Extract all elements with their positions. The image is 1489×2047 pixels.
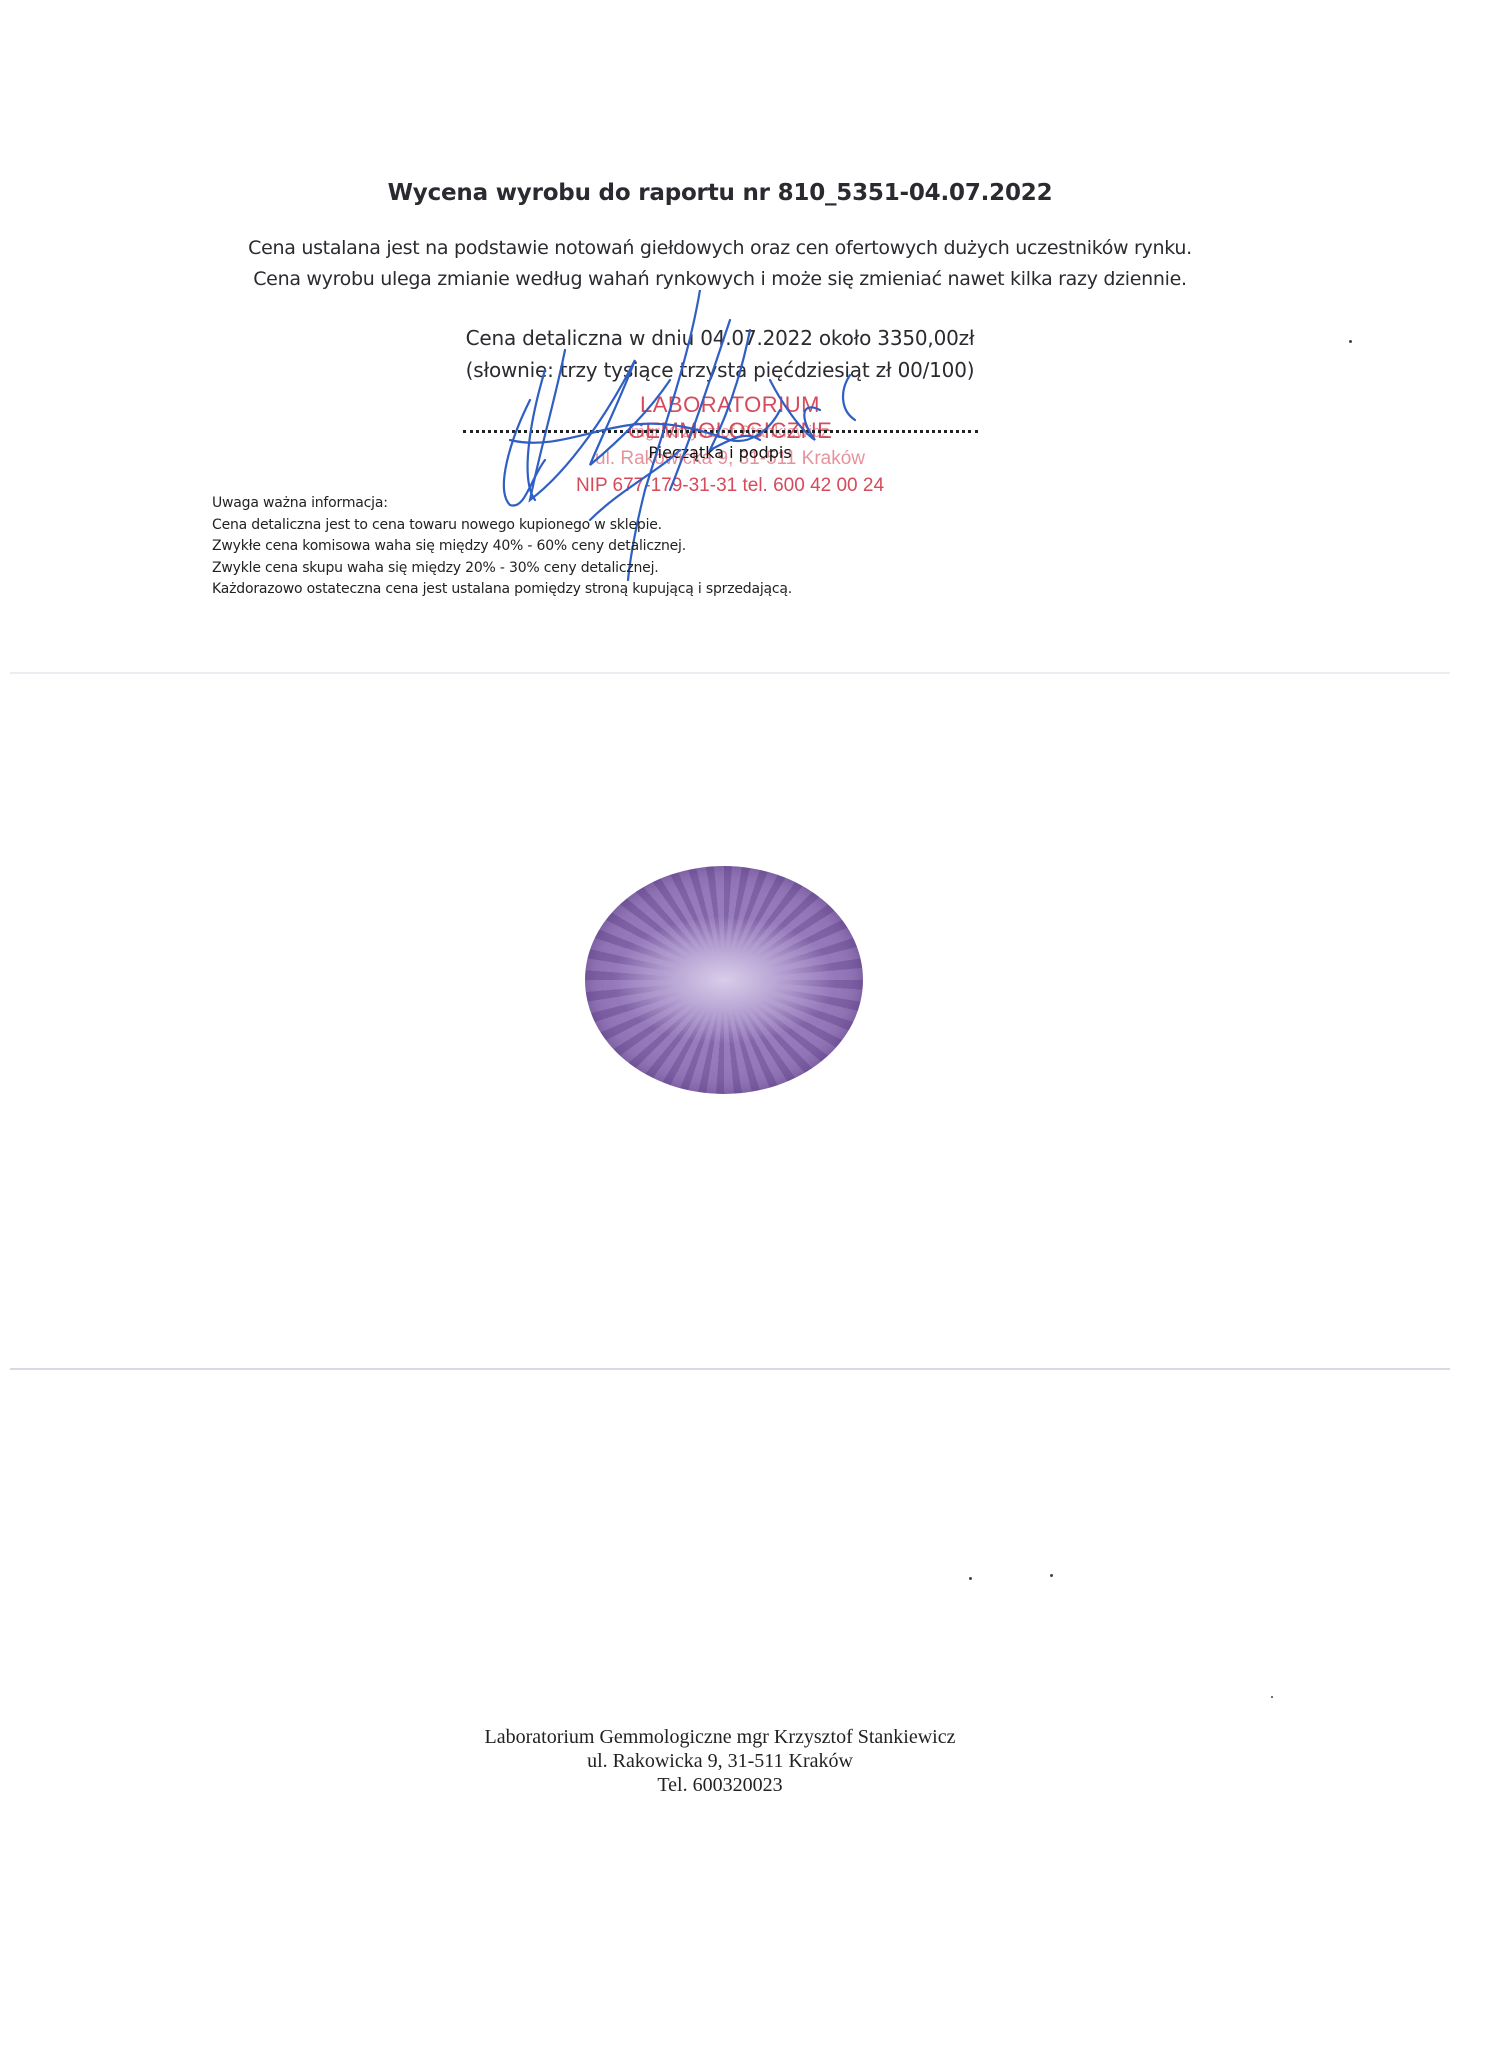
intro-text: Cena ustalana jest na podstawie notowań … xyxy=(0,233,1440,295)
important-notes: Uwaga ważna informacja: Cena detaliczna … xyxy=(212,493,792,601)
document-title: Wycena wyrobu do raportu nr 810_5351-04.… xyxy=(0,180,1440,206)
notes-heading: Uwaga ważna informacja: xyxy=(212,493,792,515)
footer-address: ul. Rakowicka 9, 31-511 Kraków xyxy=(0,1749,1440,1773)
scan-speck xyxy=(969,1577,972,1580)
footer-phone: Tel. 600320023 xyxy=(0,1773,1440,1797)
note-line: Cena detaliczna jest to cena towaru nowe… xyxy=(212,515,792,537)
scan-speck xyxy=(1050,1574,1053,1577)
footer-company: Laboratorium Gemmologiczne mgr Krzysztof… xyxy=(0,1725,1440,1749)
gemstone-image xyxy=(585,866,863,1094)
note-line: Zwykle cena skupu waha się między 20% - … xyxy=(212,558,792,580)
document-footer: Laboratorium Gemmologiczne mgr Krzysztof… xyxy=(0,1725,1440,1797)
note-line: Zwykłe cena komisowa waha się między 40%… xyxy=(212,536,792,558)
scan-speck xyxy=(1271,1696,1273,1698)
note-line: Każdorazowo ostateczna cena jest ustalan… xyxy=(212,579,792,601)
scan-fold-line xyxy=(10,672,1450,674)
intro-line-1: Cena ustalana jest na podstawie notowań … xyxy=(0,233,1440,264)
scan-fold-line xyxy=(10,1368,1450,1370)
scan-speck xyxy=(1349,340,1352,343)
